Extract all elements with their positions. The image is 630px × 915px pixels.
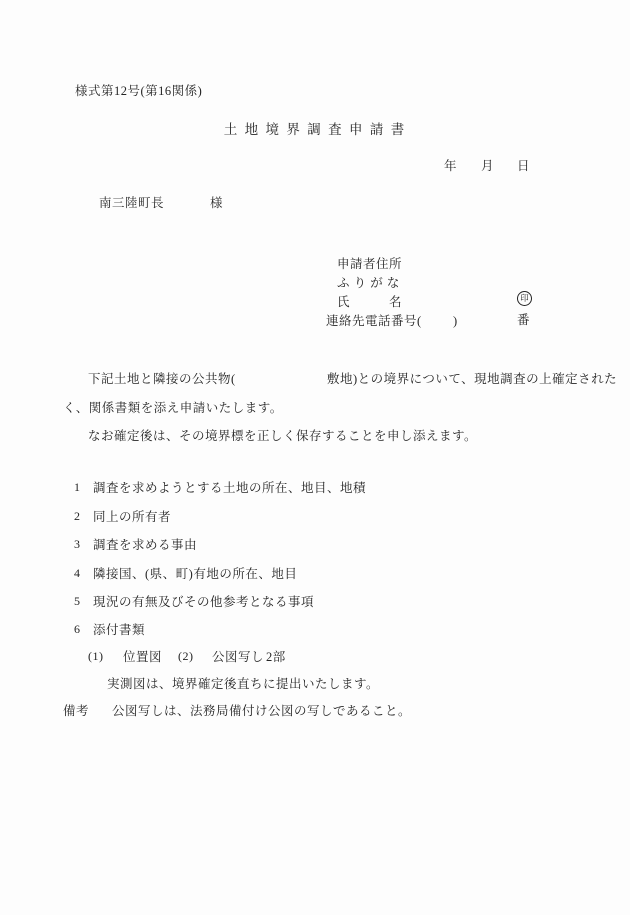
remarks-label: 備考: [63, 704, 89, 718]
item-text: 同上の所有者: [93, 510, 171, 524]
form-number: 様式第12号(第16関係): [75, 84, 202, 98]
body-line3: なお確定後は、その境界標を正しく保存することを申し添えます。: [88, 429, 477, 443]
item-number: 3: [74, 538, 81, 552]
item-number: 2: [74, 510, 81, 524]
document-page: 様式第12号(第16関係) 土 地 境 界 調 査 申 請 書 年 月 日 南三…: [0, 0, 630, 915]
phone-paren-close: ): [453, 314, 458, 328]
item-number: 1: [74, 481, 81, 495]
phone-label: 連絡先電話番号(: [326, 314, 422, 328]
seal-mark-icon: 印: [517, 291, 532, 306]
item-number: 5: [74, 595, 81, 609]
remarks-text: 公図写しは、法務局備付け公図の写しであること。: [112, 704, 411, 718]
applicant-name-label: 氏 名: [337, 295, 402, 309]
item-text: 隣接国、(県、町)有地の所在、地目: [93, 567, 297, 581]
date-year-label: 年: [444, 159, 457, 173]
item-text: 現況の有無及びその他参考となる事項: [93, 595, 314, 609]
submission-note: 実測図は、境界確定後直ちに提出いたします。: [107, 677, 379, 691]
item-text: 調査を求めようとする土地の所在、地目、地積: [93, 481, 366, 495]
addressee-name: 南三陸町長: [99, 196, 164, 210]
attachment1-label: 位置図: [123, 650, 162, 664]
applicant-address-label: 申請者住所: [337, 257, 402, 271]
phone-unit-label: 番: [517, 313, 530, 327]
item-number: 6: [74, 623, 81, 637]
item-text: 調査を求める事由: [93, 538, 197, 552]
document-title: 土 地 境 界 調 査 申 請 書: [0, 122, 630, 138]
attachment1-number: (1): [88, 650, 104, 664]
attachment2-number: (2): [178, 650, 194, 664]
attachment2-copies: 2部: [266, 650, 286, 664]
item-number: 4: [74, 567, 81, 581]
applicant-furigana-label: ふ り が な: [337, 276, 400, 290]
addressee-honorific: 様: [210, 196, 223, 210]
attachment2-label: 公図写し: [212, 650, 264, 664]
date-day-label: 日: [517, 159, 530, 173]
body-line1-before-blank: 下記土地と隣接の公共物(: [88, 372, 236, 386]
body-line2: く、関係書類を添え申請いたします。: [63, 401, 283, 415]
body-line1-after-blank: 敷地)との境界について、現地調査の上確定された: [327, 372, 617, 386]
item-text: 添付書類: [93, 623, 145, 637]
date-month-label: 月: [481, 159, 494, 173]
